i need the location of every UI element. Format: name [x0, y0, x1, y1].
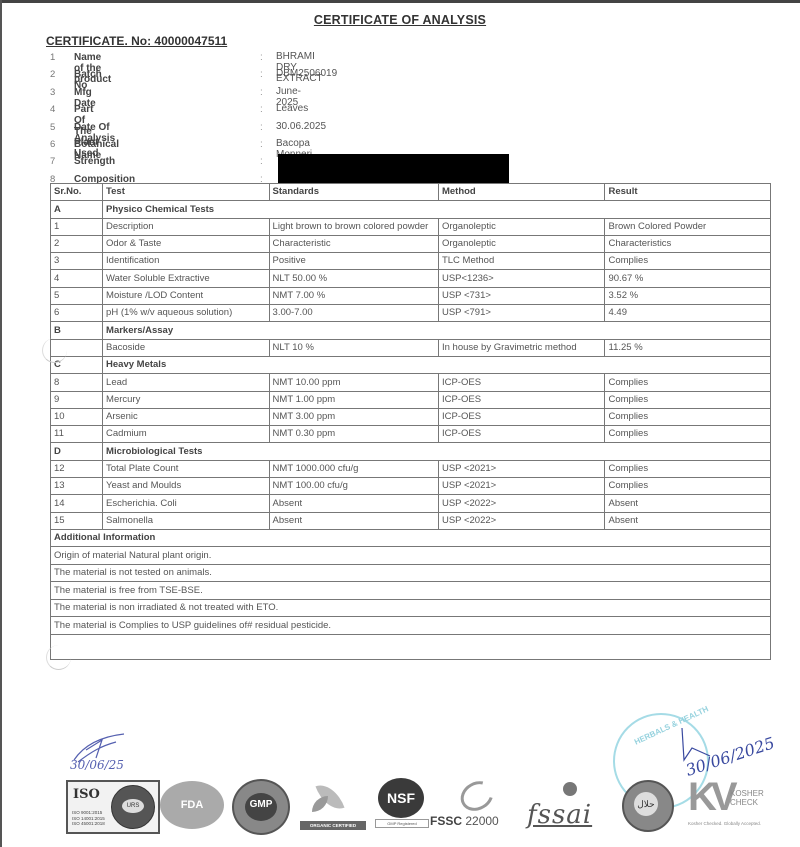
cell-result: Complies — [605, 374, 771, 391]
cell-test: Moisture /LOD Content — [103, 287, 270, 304]
cell-method: Organoleptic — [438, 235, 605, 252]
info-value: 30.06.2025 — [276, 121, 326, 132]
section-code: B — [51, 322, 103, 339]
cell-result: Absent — [605, 512, 771, 529]
cell-method: ICP-OES — [438, 391, 605, 408]
document-title: CERTIFICATE OF ANALYSIS — [0, 13, 800, 27]
cell-standard: Absent — [269, 512, 438, 529]
section-row: CHeavy Metals — [51, 356, 771, 373]
table-row: 6pH (1% w/v aqueous solution)3.00-7.00US… — [51, 305, 771, 322]
cell-srno: 5 — [51, 287, 103, 304]
additional-info-row: Origin of material Natural plant origin. — [51, 547, 771, 565]
table-row: 15SalmonellaAbsentUSP <2022>Absent — [51, 512, 771, 529]
table-row: 5Moisture /LOD ContentNMT 7.00 %USP <731… — [51, 287, 771, 304]
header-standards: Standards — [269, 184, 438, 201]
table-row: 8LeadNMT 10.00 ppmICP-OESComplies — [51, 374, 771, 391]
cell-method: Organoleptic — [438, 218, 605, 235]
info-separator: : — [260, 52, 263, 63]
page-edge — [0, 0, 800, 3]
swirl-icon — [455, 775, 498, 816]
info-separator: : — [260, 87, 263, 98]
cell-standard: NLT 50.00 % — [269, 270, 438, 287]
cell-standard: NLT 10 % — [269, 339, 438, 356]
cell-test: Mercury — [103, 391, 270, 408]
cell-srno: 6 — [51, 305, 103, 322]
header-srno: Sr.No. — [51, 184, 103, 201]
cell-test: Total Plate Count — [103, 460, 270, 477]
page-edge-left — [0, 0, 2, 847]
kosher-check-logo: KV KOSHERCHECK Kosher Checked. Globally … — [688, 775, 798, 830]
cell-method: USP <2022> — [438, 512, 605, 529]
info-index: 2 — [50, 69, 55, 80]
additional-info-header: Additional Information — [51, 529, 771, 547]
table-row: 13Yeast and MouldsNMT 100.00 cfu/gUSP <2… — [51, 478, 771, 495]
cell-result: Brown Colored Powder — [605, 218, 771, 235]
svg-text:30/06/25: 30/06/25 — [70, 758, 124, 772]
cell-standard: NMT 3.00 ppm — [269, 408, 438, 425]
table-row: 4Water Soluble ExtractiveNLT 50.00 %USP<… — [51, 270, 771, 287]
section-title: Microbiological Tests — [103, 443, 771, 460]
certificate-number: CERTIFICATE. No: 40000047511 — [46, 34, 227, 48]
cell-method: USP<1236> — [438, 270, 605, 287]
cell-srno: 4 — [51, 270, 103, 287]
cell-result: Absent — [605, 495, 771, 512]
additional-info-row: The material is non irradiated & not tre… — [51, 599, 771, 617]
cell-srno: 2 — [51, 235, 103, 252]
analysis-table: Sr.No. Test Standards Method Result APhy… — [50, 183, 771, 660]
gmp-logo: GMP — [232, 779, 290, 835]
additional-info-line: The material is non irradiated & not tre… — [51, 599, 771, 617]
cell-result: 11.25 % — [605, 339, 771, 356]
cell-standard: 3.00-7.00 — [269, 305, 438, 322]
urs-seal-icon: URS — [111, 785, 155, 829]
punch-hole — [42, 338, 67, 363]
cell-srno: 12 — [51, 460, 103, 477]
cell-standard: NMT 100.00 cfu/g — [269, 478, 438, 495]
info-value: Leaves — [276, 103, 308, 114]
info-separator: : — [260, 122, 263, 133]
cell-method: TLC Method — [438, 253, 605, 270]
cell-standard: Light brown to brown colored powder — [269, 218, 438, 235]
header-result: Result — [605, 184, 771, 201]
cell-result: 4.49 — [605, 305, 771, 322]
info-index: 5 — [50, 122, 55, 133]
cell-method: ICP-OES — [438, 374, 605, 391]
cell-standard: NMT 1.00 ppm — [269, 391, 438, 408]
signature-left: 30/06/25 — [66, 732, 136, 772]
cell-method: USP <791> — [438, 305, 605, 322]
table-row: 2Odor & TasteCharacteristicOrganolepticC… — [51, 235, 771, 252]
section-code: A — [51, 201, 103, 218]
section-title: Markers/Assay — [103, 322, 771, 339]
section-title: Heavy Metals — [103, 356, 771, 373]
halal-logo: حلال — [622, 780, 674, 832]
additional-info-row: The material is Complies to USP guidelin… — [51, 617, 771, 635]
cell-srno: 3 — [51, 253, 103, 270]
additional-info-line: The material is free from TSE-BSE. — [51, 582, 771, 600]
info-separator: : — [260, 139, 263, 150]
blank-row — [51, 634, 771, 659]
cell-test: Salmonella — [103, 512, 270, 529]
cell-test: Description — [103, 218, 270, 235]
cell-standard: NMT 7.00 % — [269, 287, 438, 304]
info-separator: : — [260, 69, 263, 80]
cell-standard: Characteristic — [269, 235, 438, 252]
section-code: D — [51, 443, 103, 460]
table-row: 14Escherichia. ColiAbsentUSP <2022>Absen… — [51, 495, 771, 512]
cell-standard: NMT 10.00 ppm — [269, 374, 438, 391]
cell-result: Complies — [605, 426, 771, 443]
iso-standard: ISO 9001:2015 — [72, 810, 105, 816]
cell-method: ICP-OES — [438, 408, 605, 425]
cell-srno: 10 — [51, 408, 103, 425]
leaf-icon — [312, 796, 328, 812]
cell-standard: NMT 1000.000 cfu/g — [269, 460, 438, 477]
cell-standard: Positive — [269, 253, 438, 270]
table-row: 12Total Plate CountNMT 1000.000 cfu/gUSP… — [51, 460, 771, 477]
cell-result: 90.67 % — [605, 270, 771, 287]
cell-test: Water Soluble Extractive — [103, 270, 270, 287]
fssai-logo: fssai — [525, 778, 607, 830]
info-value: DBM2506019 — [276, 68, 337, 79]
cell-srno: 14 — [51, 495, 103, 512]
table-row: 3IdentificationPositiveTLC MethodComplie… — [51, 253, 771, 270]
cell-result: Complies — [605, 391, 771, 408]
cell-srno: 9 — [51, 391, 103, 408]
section-row: DMicrobiological Tests — [51, 443, 771, 460]
section-row: BMarkers/Assay — [51, 322, 771, 339]
section-title: Physico Chemical Tests — [103, 201, 771, 218]
cell-test: Identification — [103, 253, 270, 270]
svg-text:30/06/2025: 30/06/2025 — [683, 733, 777, 780]
cell-test: Lead — [103, 374, 270, 391]
cell-result: Complies — [605, 408, 771, 425]
cell-result: Characteristics — [605, 235, 771, 252]
fssc-22000-logo: FSSC 22000 — [430, 780, 520, 830]
signature-right: 30/06/2025 — [670, 720, 800, 780]
cell-test: Odor & Taste — [103, 235, 270, 252]
cell-srno: 13 — [51, 478, 103, 495]
table-row: 11CadmiumNMT 0.30 ppmICP-OESComplies — [51, 426, 771, 443]
additional-info-line: The material is not tested on animals. — [51, 564, 771, 582]
info-label: Strength — [74, 156, 115, 167]
cell-srno: 1 — [51, 218, 103, 235]
cell-method: USP <2021> — [438, 478, 605, 495]
additional-info-row: The material is not tested on animals. — [51, 564, 771, 582]
table-row: BacosideNLT 10 %In house by Gravimetric … — [51, 339, 771, 356]
cell-srno: 11 — [51, 426, 103, 443]
cell-srno: 15 — [51, 512, 103, 529]
additional-info-line: Origin of material Natural plant origin. — [51, 547, 771, 565]
info-index: 7 — [50, 156, 55, 167]
cell-standard: Absent — [269, 495, 438, 512]
info-index: 4 — [50, 104, 55, 115]
cell-test: Arsenic — [103, 408, 270, 425]
cell-srno: 8 — [51, 374, 103, 391]
info-index: 3 — [50, 87, 55, 98]
cell-test: Yeast and Moulds — [103, 478, 270, 495]
cell-method: ICP-OES — [438, 426, 605, 443]
cell-result: Complies — [605, 460, 771, 477]
organic-certified-logo: ORGANIC CERTIFIED — [300, 780, 366, 830]
table-row: 9MercuryNMT 1.00 ppmICP-OESComplies — [51, 391, 771, 408]
cell-result: 3.52 % — [605, 287, 771, 304]
cell-test: Escherichia. Coli — [103, 495, 270, 512]
additional-info-row: The material is free from TSE-BSE. — [51, 582, 771, 600]
table-row: 1DescriptionLight brown to brown colored… — [51, 218, 771, 235]
iso-certification-logo: ISO ISO 9001:2015ISO 14001:2015ISO 45001… — [66, 780, 160, 834]
info-separator: : — [260, 104, 263, 115]
cell-test: Bacoside — [103, 339, 270, 356]
cell-standard: NMT 0.30 ppm — [269, 426, 438, 443]
info-index: 6 — [50, 139, 55, 150]
header-method: Method — [438, 184, 605, 201]
cell-test: Cadmium — [103, 426, 270, 443]
info-index: 1 — [50, 52, 55, 63]
cell-method: USP <731> — [438, 287, 605, 304]
cell-result: Complies — [605, 478, 771, 495]
dot-icon — [563, 782, 577, 796]
additional-info-title: Additional Information — [51, 529, 771, 547]
cell-method: In house by Gravimetric method — [438, 339, 605, 356]
cell-test: pH (1% w/v aqueous solution) — [103, 305, 270, 322]
fda-logo: FDA — [160, 781, 224, 829]
section-row: APhysico Chemical Tests — [51, 201, 771, 218]
additional-info-line: The material is Complies to USP guidelin… — [51, 617, 771, 635]
punch-hole — [46, 645, 71, 670]
table-row: 10ArsenicNMT 3.00 ppmICP-OESComplies — [51, 408, 771, 425]
header-test: Test — [103, 184, 270, 201]
nsf-logo: NSF GMP Registered — [375, 778, 427, 830]
cell-method: USP <2022> — [438, 495, 605, 512]
table-header-row: Sr.No. Test Standards Method Result — [51, 184, 771, 201]
iso-standard: ISO 45001:2018 — [72, 821, 105, 827]
info-separator: : — [260, 156, 263, 167]
redaction-box — [278, 154, 509, 183]
cell-result: Complies — [605, 253, 771, 270]
cell-method: USP <2021> — [438, 460, 605, 477]
